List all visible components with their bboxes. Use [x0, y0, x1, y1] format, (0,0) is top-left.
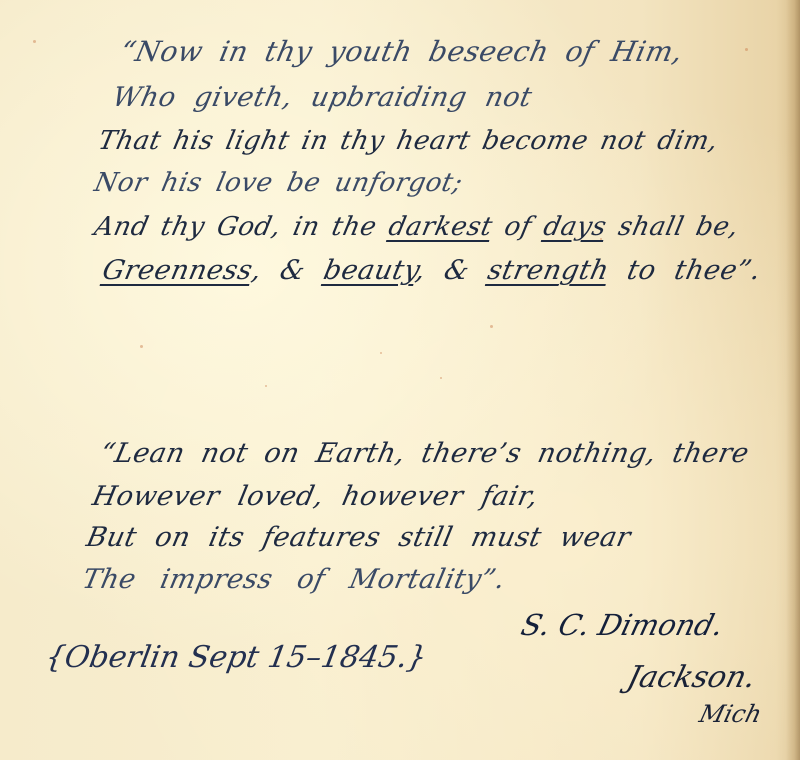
stanza-1-line-4: Nor his love be unforgot;: [92, 170, 465, 196]
stanza-2-line-3: But on its features still must wear: [84, 524, 633, 551]
foxing-spot: [440, 377, 442, 379]
stanza-1-line-5: And thy God, in the darkest of days shal…: [92, 214, 741, 240]
stanza-1-line-2: Who giveth, upbraiding not: [110, 84, 535, 111]
stanza-2-line-1: “Lean not on Earth, there’s nothing, the…: [98, 440, 752, 467]
line-5-text-after: shall be,: [603, 212, 741, 242]
location-state: Mich: [697, 700, 765, 728]
underlined-word-greenness: Greenness: [100, 255, 256, 286]
underlined-word-days: days: [541, 212, 610, 242]
signature: S. C. Dimond.: [518, 608, 727, 642]
foxing-spot: [140, 345, 143, 348]
manuscript-page: “Now in thy youth beseech of Him, Who gi…: [0, 0, 800, 760]
foxing-spot: [33, 40, 36, 43]
stanza-1-line-6: Greenness, & beauty, & strength to thee”…: [100, 257, 763, 284]
stanza-2-line-2: However loved, however fair,: [90, 483, 541, 510]
underlined-word-strength: strength: [485, 255, 612, 286]
line-6-text-after: to thee”.: [605, 255, 763, 286]
date-line: {Oberlin Sept 15–1845.}: [43, 640, 429, 675]
line-5-text-before: And thy God, in the: [92, 212, 393, 242]
stanza-2-line-4: The impress of Mortality”.: [80, 566, 508, 593]
underlined-word-darkest: darkest: [386, 212, 495, 242]
stanza-1-line-1: “Now in thy youth beseech of Him,: [118, 38, 685, 66]
foxing-spot: [265, 385, 267, 387]
line-6-text-mid-2: , &: [413, 255, 491, 286]
line-5-text-mid: of: [489, 212, 547, 242]
foxing-spot: [380, 352, 382, 354]
foxing-spot: [745, 48, 748, 51]
stanza-1-line-3: That his light in thy heart become not d…: [96, 128, 721, 154]
underlined-word-beauty: beauty: [321, 255, 420, 286]
location-city: Jackson.: [624, 660, 760, 695]
line-6-text-mid-1: , &: [249, 255, 327, 286]
foxing-spot: [490, 325, 493, 328]
